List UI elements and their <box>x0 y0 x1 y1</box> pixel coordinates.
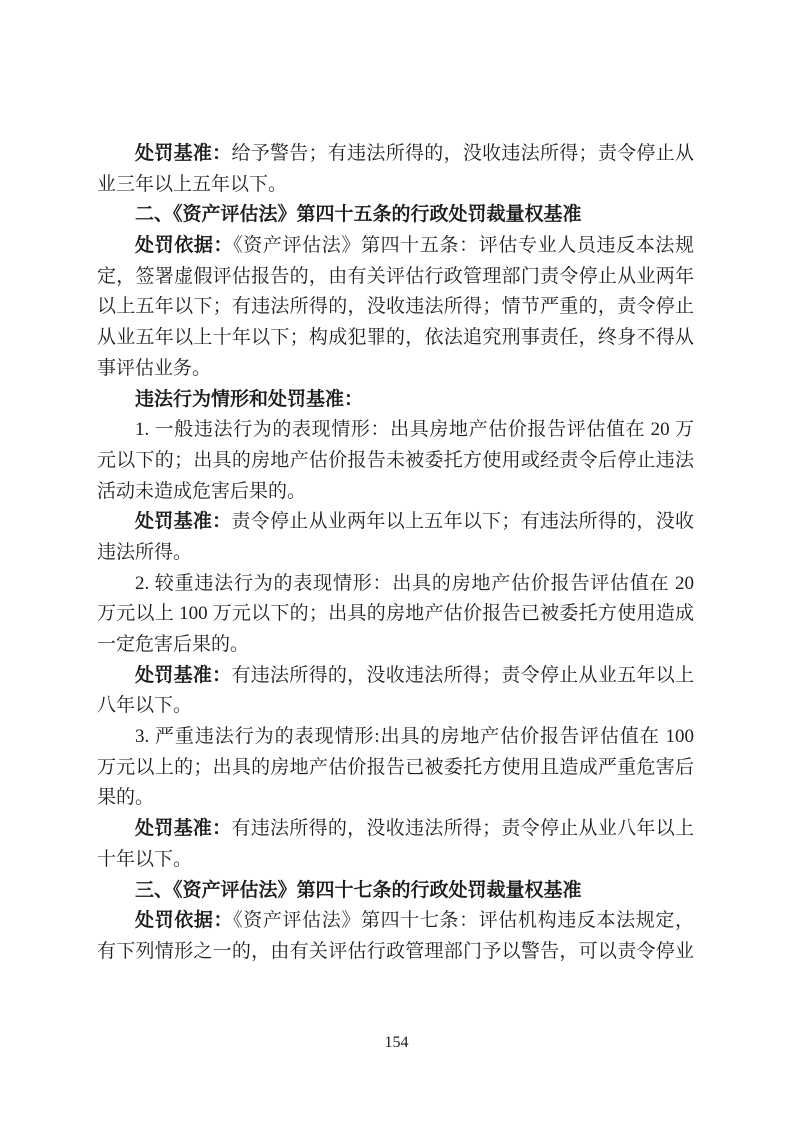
section-heading-article-47: 三、《资产评估法》第四十七条的行政处罚裁量权基准 <box>97 876 694 907</box>
body-text: 违法所得。 <box>97 542 192 563</box>
body-text: 责令停止从业两年以上五年以下；有违法所得的，没收 <box>231 511 694 532</box>
body-text: 有违法所得的，没收违法所得；责令停止从业五年以上 <box>231 665 694 686</box>
text-block: 处罚基准：给予警告；有违法所得的，没收违法所得；责令停止从业三年以上五年以下。二… <box>97 139 694 968</box>
body-text: 十年以下。 <box>97 849 192 870</box>
body-text: 事评估业务。 <box>97 358 211 379</box>
body-text: 八年以下。 <box>97 695 192 716</box>
text-line: 以上五年以下；有违法所得的，没收违法所得；情节严重的，责令停止 <box>97 292 694 323</box>
body-text: 2. 较重违法行为的表现情形：出具的房地产估价报告评估值在 20 <box>135 573 694 594</box>
para-penalty-standard-lead: 处罚基准：有违法所得的，没收违法所得；责令停止从业五年以上 <box>97 661 694 692</box>
bold-text: 处罚基准： <box>135 511 231 532</box>
para-penalty-basis-lead: 处罚依据：《资产评估法》第四十五条：评估专业人员违反本法规 <box>97 231 694 262</box>
text-line: 十年以下。 <box>97 845 694 876</box>
section-heading-article-45: 二、《资产评估法》第四十五条的行政处罚裁量权基准 <box>97 200 694 231</box>
text-line: 有下列情形之一的，由有关评估行政管理部门予以警告，可以责令停业 <box>97 937 694 968</box>
body-text: 一定危害后果的。 <box>97 634 249 655</box>
list-item-3: 3. 严重违法行为的表现情形:出具的房地产估价报告评估值在 100 <box>97 722 694 753</box>
bold-text: 三、《资产评估法》第四十七条的行政处罚裁量权基准 <box>135 880 582 901</box>
text-line: 活动未造成危害后果的。 <box>97 477 694 508</box>
body-text: 有违法所得的，没收违法所得；责令停止从业八年以上 <box>231 818 694 839</box>
body-text: 元以下的；出具的房地产估价报告未被委托方使用或经责令后停止违法 <box>97 450 694 471</box>
document-page: 处罚基准：给予警告；有违法所得的，没收违法所得；责令停止从业三年以上五年以下。二… <box>0 0 793 1122</box>
bold-text: 违法行为情形和处罚基准： <box>135 389 363 410</box>
list-item-2: 2. 较重违法行为的表现情形：出具的房地产估价报告评估值在 20 <box>97 569 694 600</box>
text-line: 万元以上 100 万元以下的；出具的房地产估价报告已被委托方使用造成 <box>97 599 694 630</box>
body-text: 业三年以上五年以下。 <box>97 174 287 195</box>
text-line: 业三年以上五年以下。 <box>97 170 694 201</box>
body-text: 从业五年以上十年以下；构成犯罪的，依法追究刑事责任，终身不得从 <box>97 327 694 348</box>
text-line: 违法所得。 <box>97 538 694 569</box>
para-penalty-basis-lead: 处罚依据：《资产评估法》第四十七条：评估机构违反本法规定， <box>97 906 694 937</box>
text-line: 定，签署虚假评估报告的，由有关评估行政管理部门责令停止从业两年 <box>97 262 694 293</box>
body-text: 万元以上的；出具的房地产估价报告已被委托方使用且造成严重危害后 <box>97 757 694 778</box>
subheading-violations: 违法行为情形和处罚基准： <box>97 385 694 416</box>
body-text: 果的。 <box>97 787 154 808</box>
body-text: 活动未造成危害后果的。 <box>97 481 306 502</box>
body-text: 以上五年以下；有违法所得的，没收违法所得；情节严重的，责令停止 <box>97 296 694 317</box>
bold-text: 处罚依据： <box>135 910 233 931</box>
body-text: 给予警告；有违法所得的，没收违法所得；责令停止从 <box>231 143 694 164</box>
body-text: 定，签署虚假评估报告的，由有关评估行政管理部门责令停止从业两年 <box>97 266 694 287</box>
body-text: 有下列情形之一的，由有关评估行政管理部门予以警告，可以责令停业 <box>97 941 694 962</box>
bold-text: 处罚基准： <box>135 143 231 164</box>
bold-text: 处罚基准： <box>135 818 231 839</box>
para-penalty-standard-lead: 处罚基准：有违法所得的，没收违法所得；责令停止从业八年以上 <box>97 814 694 845</box>
text-line: 从业五年以上十年以下；构成犯罪的，依法追究刑事责任，终身不得从 <box>97 323 694 354</box>
text-line: 事评估业务。 <box>97 354 694 385</box>
text-line: 果的。 <box>97 783 694 814</box>
body-text: 万元以上 100 万元以下的；出具的房地产估价报告已被委托方使用造成 <box>97 603 694 624</box>
body-text: 《资产评估法》第四十七条：评估机构违反本法规定， <box>233 910 694 931</box>
list-item-1: 1. 一般违法行为的表现情形：出具房地产估价报告评估值在 20 万 <box>97 415 694 446</box>
para-penalty-standard-lead: 处罚基准：责令停止从业两年以上五年以下；有违法所得的，没收 <box>97 507 694 538</box>
bold-text: 二、《资产评估法》第四十五条的行政处罚裁量权基准 <box>135 204 582 225</box>
body-text: 《资产评估法》第四十五条：评估专业人员违反本法规 <box>233 235 694 256</box>
text-line: 一定危害后果的。 <box>97 630 694 661</box>
para-penalty-standard-lead: 处罚基准：给予警告；有违法所得的，没收违法所得；责令停止从 <box>97 139 694 170</box>
page-number: 154 <box>0 1034 793 1052</box>
body-text: 1. 一般违法行为的表现情形：出具房地产估价报告评估值在 20 万 <box>135 419 694 440</box>
bold-text: 处罚基准： <box>135 665 231 686</box>
body-text: 3. 严重违法行为的表现情形:出具的房地产估价报告评估值在 100 <box>135 726 694 747</box>
text-line: 元以下的；出具的房地产估价报告未被委托方使用或经责令后停止违法 <box>97 446 694 477</box>
bold-text: 处罚依据： <box>135 235 233 256</box>
text-line: 八年以下。 <box>97 691 694 722</box>
text-line: 万元以上的；出具的房地产估价报告已被委托方使用且造成严重危害后 <box>97 753 694 784</box>
